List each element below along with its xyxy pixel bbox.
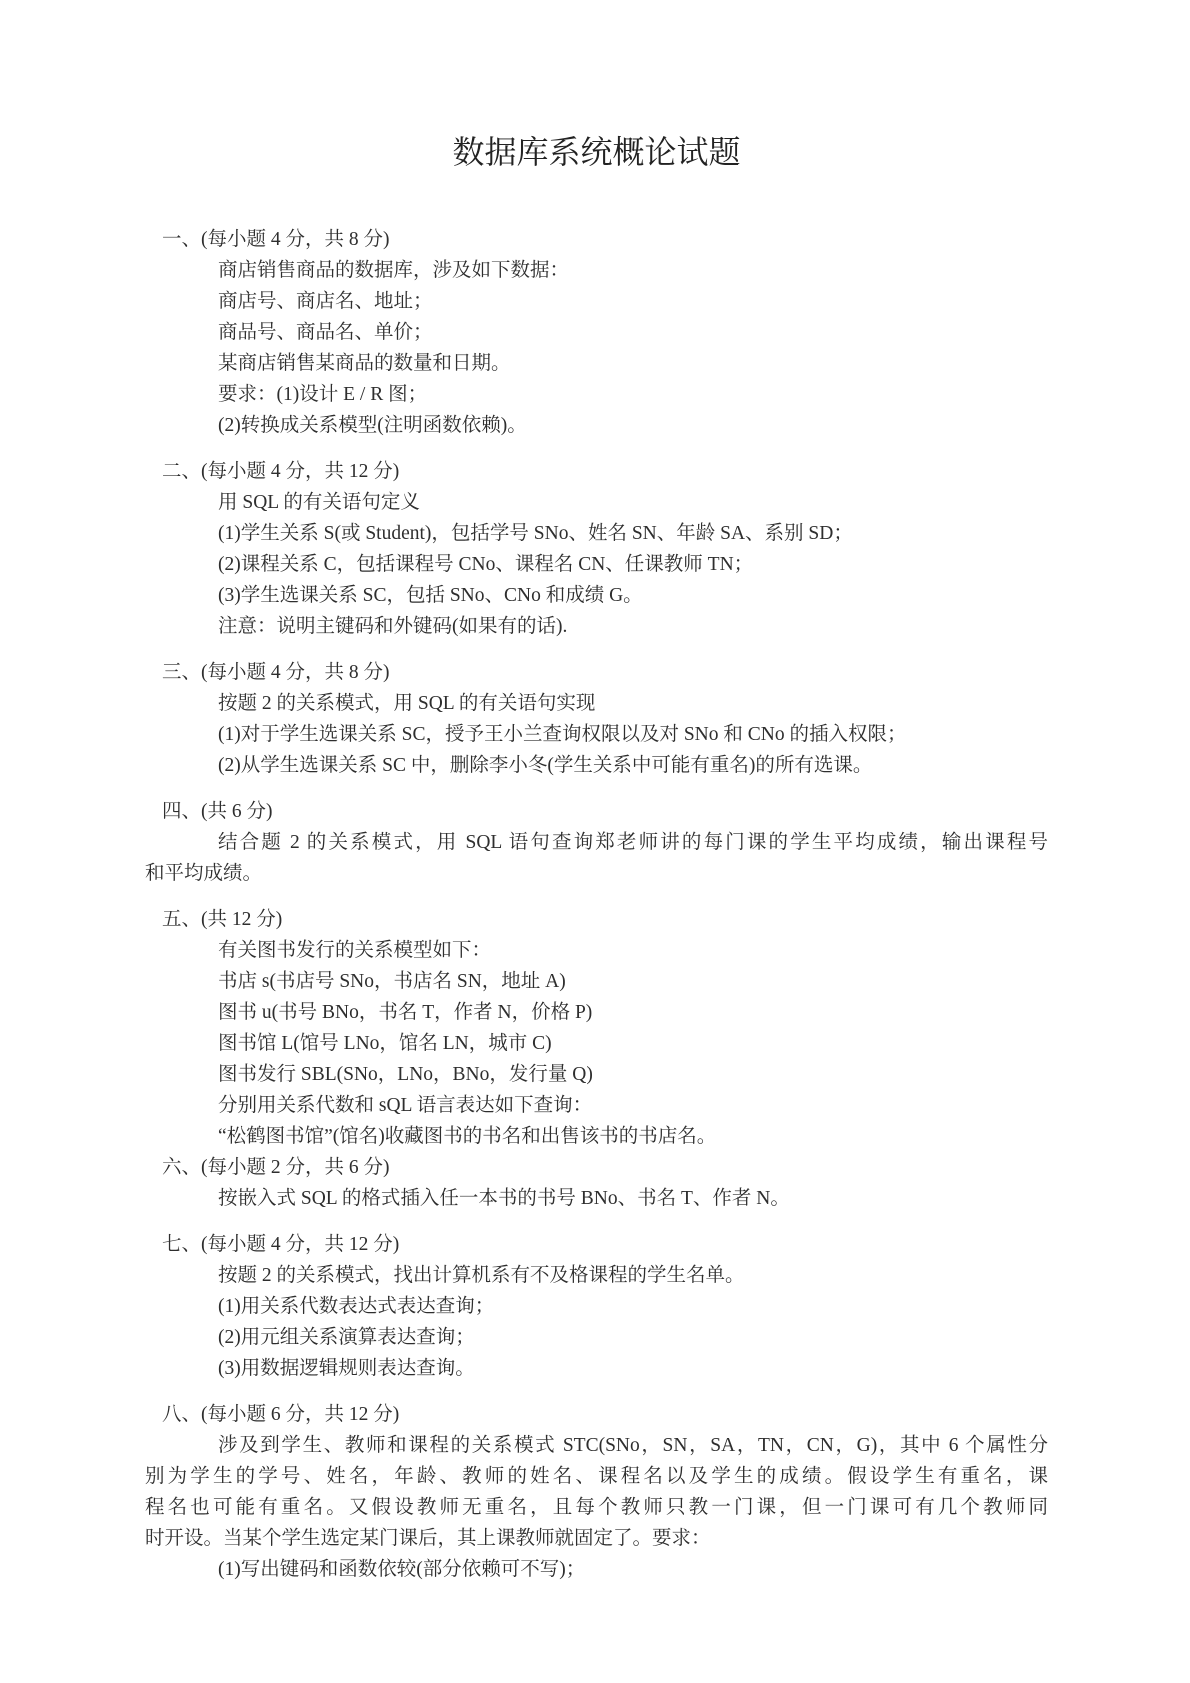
section-7-line: (3)用数据逻辑规则表达查询。: [218, 1353, 1048, 1384]
section-3-line: (1)对于学生选课关系 SC，授予王小兰查询权限以及对 SNo 和 CNo 的插…: [218, 719, 1048, 750]
section-5-line: 图书发行 SBL(SNo，LNo，BNo，发行量 Q): [218, 1059, 1048, 1090]
section-5-line: 分别用关系代数和 sQL 语言表达如下查询：: [218, 1090, 1048, 1121]
section-2-line: 用 SQL 的有关语句定义: [218, 487, 1048, 518]
section-3-header: 三、(每小题 4 分，共 8 分): [162, 657, 1048, 688]
section-1-header: 一、(每小题 4 分，共 8 分): [162, 224, 1048, 255]
section-8-header: 八、(每小题 6 分，共 12 分): [162, 1399, 1048, 1430]
page-title: 数据库系统概论试题: [145, 130, 1048, 174]
section-4-line: 和平均成绩。: [145, 858, 1048, 889]
section-7-line: (2)用元组关系演算表达查询；: [218, 1322, 1048, 1353]
section-8: 八、(每小题 6 分，共 12 分) 涉及到学生、教师和课程的关系模式 STC(…: [145, 1399, 1048, 1585]
section-3: 三、(每小题 4 分，共 8 分) 按题 2 的关系模式，用 SQL 的有关语句…: [145, 657, 1048, 781]
section-6-header: 六、(每小题 2 分，共 6 分): [162, 1152, 1048, 1183]
section-1-line: 商店号、商店名、地址；: [218, 286, 1048, 317]
section-4: 四、(共 6 分) 结合题 2 的关系模式，用 SQL 语句查询郑老师讲的每门课…: [145, 796, 1048, 889]
section-6: 六、(每小题 2 分，共 6 分) 按嵌入式 SQL 的格式插入任一本书的书号 …: [145, 1152, 1048, 1214]
section-4-line: 结合题 2 的关系模式，用 SQL 语句查询郑老师讲的每门课的学生平均成绩，输出…: [218, 827, 1048, 858]
section-1-line: 商品号、商品名、单价；: [218, 317, 1048, 348]
section-8-line: 涉及到学生、教师和课程的关系模式 STC(SNo，SN，SA，TN，CN，G)，…: [218, 1430, 1048, 1461]
section-5-line: 图书 u(书号 BNo，书名 T，作者 N，价格 P): [218, 997, 1048, 1028]
section-1-line: 要求：(1)设计 E / R 图；: [218, 379, 1048, 410]
section-7-line: 按题 2 的关系模式，找出计算机系有不及格课程的学生名单。: [218, 1260, 1048, 1291]
section-8-line: 别为学生的学号、姓名，年龄、教师的姓名、课程名以及学生的成绩。假设学生有重名，课: [145, 1461, 1048, 1492]
section-7-header: 七、(每小题 4 分，共 12 分): [162, 1229, 1048, 1260]
section-2-line: (2)课程关系 C，包括课程号 CNo、课程名 CN、任课教师 TN；: [218, 549, 1048, 580]
section-8-line: 时开设。当某个学生选定某门课后，其上课教师就固定了。要求：: [145, 1523, 1048, 1554]
section-5-line: 图书馆 L(馆号 LNo，馆名 LN，城市 C): [218, 1028, 1048, 1059]
section-8-line: 程名也可能有重名。又假设教师无重名，且每个教师只教一门课，但一门课可有几个教师同: [145, 1492, 1048, 1523]
section-2: 二、(每小题 4 分，共 12 分) 用 SQL 的有关语句定义 (1)学生关系…: [145, 456, 1048, 642]
section-3-line: (2)从学生选课关系 SC 中，删除李小冬(学生关系中可能有重名)的所有选课。: [218, 750, 1048, 781]
section-1-line: (2)转换成关系模型(注明函数依赖)。: [218, 410, 1048, 441]
section-7: 七、(每小题 4 分，共 12 分) 按题 2 的关系模式，找出计算机系有不及格…: [145, 1229, 1048, 1384]
section-6-line: 按嵌入式 SQL 的格式插入任一本书的书号 BNo、书名 T、作者 N。: [218, 1183, 1048, 1214]
section-5-line: 有关图书发行的关系模型如下：: [218, 935, 1048, 966]
section-4-header: 四、(共 6 分): [162, 796, 1048, 827]
section-2-line: 注意：说明主键码和外键码(如果有的话).: [218, 611, 1048, 642]
section-2-line: (1)学生关系 S(或 Student)，包括学号 SNo、姓名 SN、年龄 S…: [218, 518, 1048, 549]
section-3-line: 按题 2 的关系模式，用 SQL 的有关语句实现: [218, 688, 1048, 719]
section-1-line: 商店销售商品的数据库，涉及如下数据：: [218, 255, 1048, 286]
section-5: 五、(共 12 分) 有关图书发行的关系模型如下： 书店 s(书店号 SNo，书…: [145, 904, 1048, 1152]
section-5-header: 五、(共 12 分): [162, 904, 1048, 935]
section-5-line: “松鹤图书馆”(馆名)收藏图书的书名和出售该书的书店名。: [218, 1121, 1048, 1152]
exam-document: 数据库系统概论试题 一、(每小题 4 分，共 8 分) 商店销售商品的数据库，涉…: [0, 0, 1190, 1683]
section-2-header: 二、(每小题 4 分，共 12 分): [162, 456, 1048, 487]
section-2-line: (3)学生选课关系 SC，包括 SNo、CNo 和成绩 G。: [218, 580, 1048, 611]
section-1: 一、(每小题 4 分，共 8 分) 商店销售商品的数据库，涉及如下数据： 商店号…: [145, 224, 1048, 441]
section-7-line: (1)用关系代数表达式表达查询；: [218, 1291, 1048, 1322]
section-8-line: (1)写出键码和函数依较(部分依赖可不写)；: [218, 1554, 1048, 1585]
section-5-line: 书店 s(书店号 SNo，书店名 SN，地址 A): [218, 966, 1048, 997]
section-1-line: 某商店销售某商品的数量和日期。: [218, 348, 1048, 379]
